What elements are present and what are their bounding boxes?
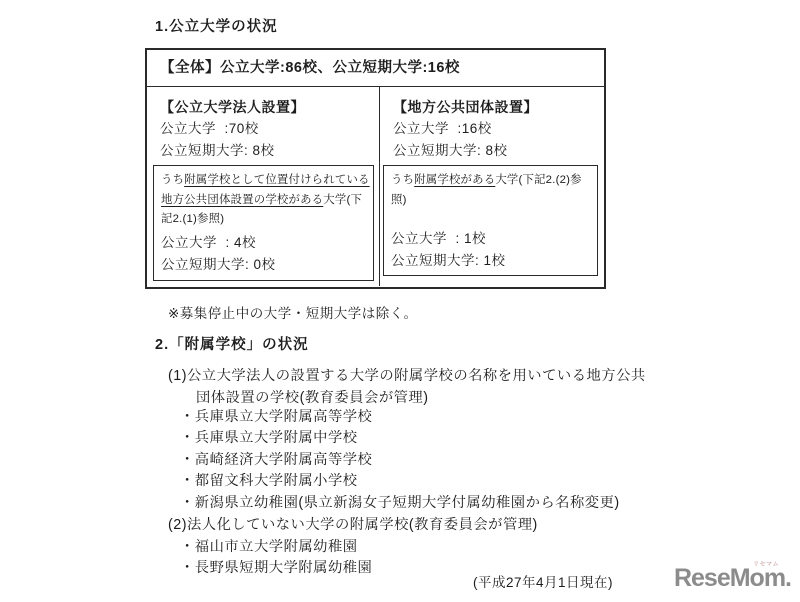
logo-wordmark: ReseMom. — [674, 564, 791, 593]
list-item: ・高崎経済大学附属高等学校 — [180, 450, 620, 471]
group2-label: (2)法人化していない大学の附属学校(教育委員会が管理) — [168, 515, 538, 537]
section2-heading: 2.「附属学校」の状況 — [155, 333, 309, 354]
list-item: ・長野県短期大学附属幼稚園 — [180, 558, 372, 579]
municipal-column-title: 【地方公共団体設置】 — [393, 96, 598, 118]
section1-heading: 1.公立大学の状況 — [155, 15, 278, 36]
municipal-column: 【地方公共団体設置】 公立大学 :16校 公立短期大学: 8校 うち附属学校があ… — [380, 87, 604, 286]
sub-university-count: 公立大学 : 1校 — [391, 228, 595, 250]
group1-list: ・兵庫県立大学附属高等学校 ・兵庫県立大学附属中学校 ・高崎経済大学附属高等学校… — [180, 407, 620, 514]
corporation-university-count: 公立大学 :70校 — [160, 118, 373, 140]
corporation-sub-counts: 公立大学 : 4校 公立短期大学: 0校 — [161, 232, 371, 276]
corporation-attached-note: うち附属学校として位置付けられている地方公共団体設置の学校がある大学(下記2.(… — [161, 171, 371, 230]
document-page: 1.公立大学の状況 【全体】公立大学:86校、公立短期大学:16校 【公立大学法… — [0, 0, 800, 602]
corporation-attached-schools-box: うち附属学校として位置付けられている地方公共団体設置の学校がある大学(下記2.(… — [153, 165, 374, 281]
note-prefix: うち — [391, 174, 414, 186]
municipal-sub-counts: 公立大学 : 1校 公立短期大学: 1校 — [391, 228, 595, 272]
table-columns: 【公立大学法人設置】 公立大学 :70校 公立短期大学: 8校 うち附属学校とし… — [147, 87, 604, 286]
list-item: ・新潟県立幼稚園(県立新潟女子短期大学付属幼稚園から名称変更) — [180, 493, 620, 514]
sub-junior-college-count: 公立短期大学: 1校 — [391, 250, 595, 272]
exclusion-note: ※募集停止中の大学・短期大学は除く。 — [168, 302, 418, 322]
list-item: ・兵庫県立大学附属中学校 — [180, 428, 620, 449]
municipal-attached-schools-box: うち附属学校がある大学(下記2.(2)参照) 公立大学 : 1校 公立短期大学:… — [383, 165, 598, 276]
universities-table: 【全体】公立大学:86校、公立短期大学:16校 【公立大学法人設置】 公立大学 … — [145, 48, 606, 289]
note-underlined: 附属学校がある — [414, 174, 495, 186]
sub-university-count: 公立大学 : 4校 — [161, 232, 371, 254]
group1-label-line1: (1)公立大学法人の設置する大学の附属学校の名称を用いている地方公共 — [168, 366, 646, 388]
group2-list: ・福山市立大学附属幼稚園 ・長野県短期大学附属幼稚園 — [180, 537, 372, 580]
date-note: (平成27年4月1日現在) — [473, 571, 613, 591]
corporation-column: 【公立大学法人設置】 公立大学 :70校 公立短期大学: 8校 うち附属学校とし… — [147, 87, 380, 286]
municipal-attached-note: うち附属学校がある大学(下記2.(2)参照) — [391, 171, 595, 210]
list-item: ・兵庫県立大学附属高等学校 — [180, 407, 620, 428]
overall-total-row: 【全体】公立大学:86校、公立短期大学:16校 — [147, 50, 604, 87]
list-item: ・福山市立大学附属幼稚園 — [180, 537, 372, 558]
corporation-column-title: 【公立大学法人設置】 — [160, 96, 373, 118]
corporation-junior-college-count: 公立短期大学: 8校 — [160, 140, 373, 162]
sub-junior-college-count: 公立短期大学: 0校 — [161, 254, 371, 276]
list-item: ・都留文科大学附属小学校 — [180, 471, 620, 492]
municipal-university-count: 公立大学 :16校 — [393, 118, 598, 140]
resemom-logo: リセマム ReseMom. — [683, 556, 793, 596]
note-prefix: うち — [161, 174, 184, 186]
municipal-junior-college-count: 公立短期大学: 8校 — [393, 140, 598, 162]
